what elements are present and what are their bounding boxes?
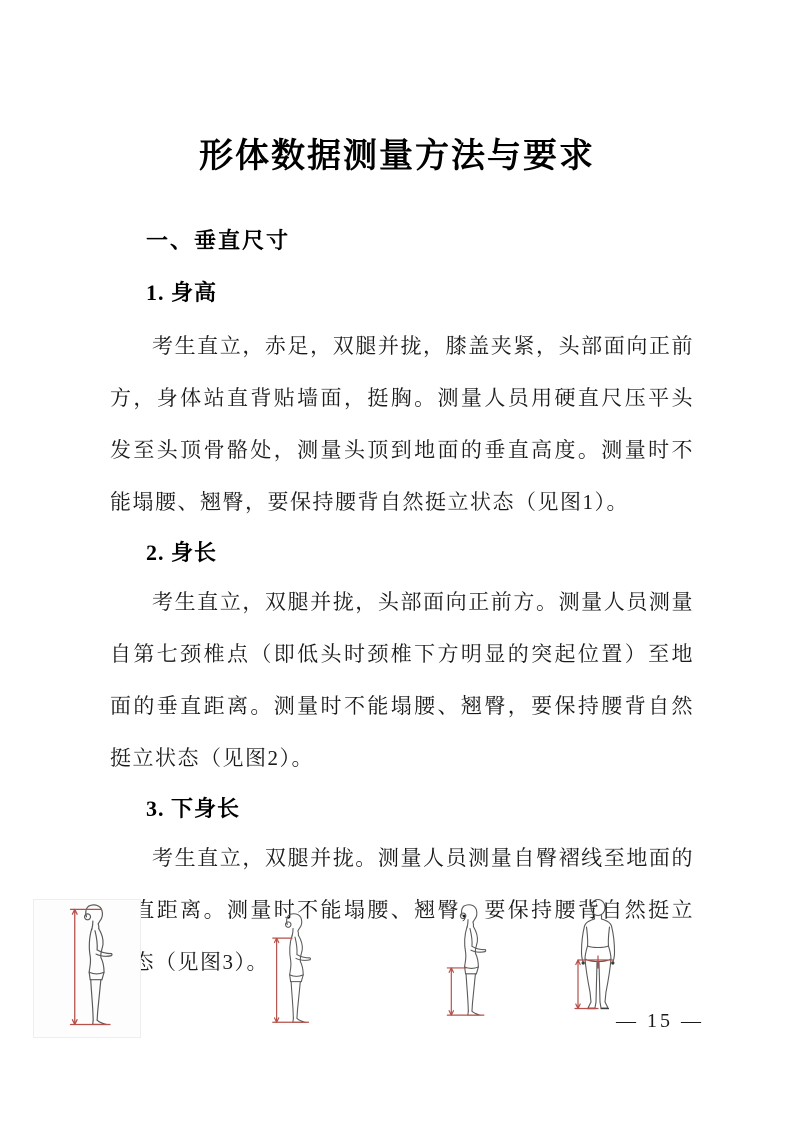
paragraph-lower-body-length: 考生直立，双腿并拢。测量人员测量自臀褶线至地面的垂直距离。测量时不能塌腰、翘臀，… bbox=[110, 832, 694, 988]
section-heading-vertical-dimensions: 一、垂直尺寸 bbox=[146, 228, 694, 254]
sub-heading-lower-body-length: 3. 下身长 bbox=[146, 796, 694, 822]
document-body: 一、垂直尺寸 1. 身高 考生直立，赤足，双腿并拢，膝盖夹紧，头部面向正前方，身… bbox=[110, 228, 694, 988]
paragraph-height: 考生直立，赤足，双腿并拢，膝盖夹紧，头部面向正前方，身体站直背贴墙面，挺胸。测量… bbox=[110, 320, 694, 528]
page-title: 形体数据测量方法与要求 bbox=[0, 128, 794, 177]
measurement-line-head-to-floor bbox=[70, 909, 109, 1024]
paragraph-body-length: 考生直立，双腿并拢，头部面向正前方。测量人员测量自第七颈椎点（即低头时颈椎下方明… bbox=[110, 576, 694, 784]
document-page: 形体数据测量方法与要求 一、垂直尺寸 1. 身高 考生直立，赤足，双腿并拢，膝盖… bbox=[0, 0, 794, 1123]
page-number: — 15 — bbox=[600, 1010, 720, 1033]
sub-heading-height: 1. 身高 bbox=[146, 280, 694, 306]
sub-heading-body-length: 2. 身长 bbox=[146, 540, 694, 566]
